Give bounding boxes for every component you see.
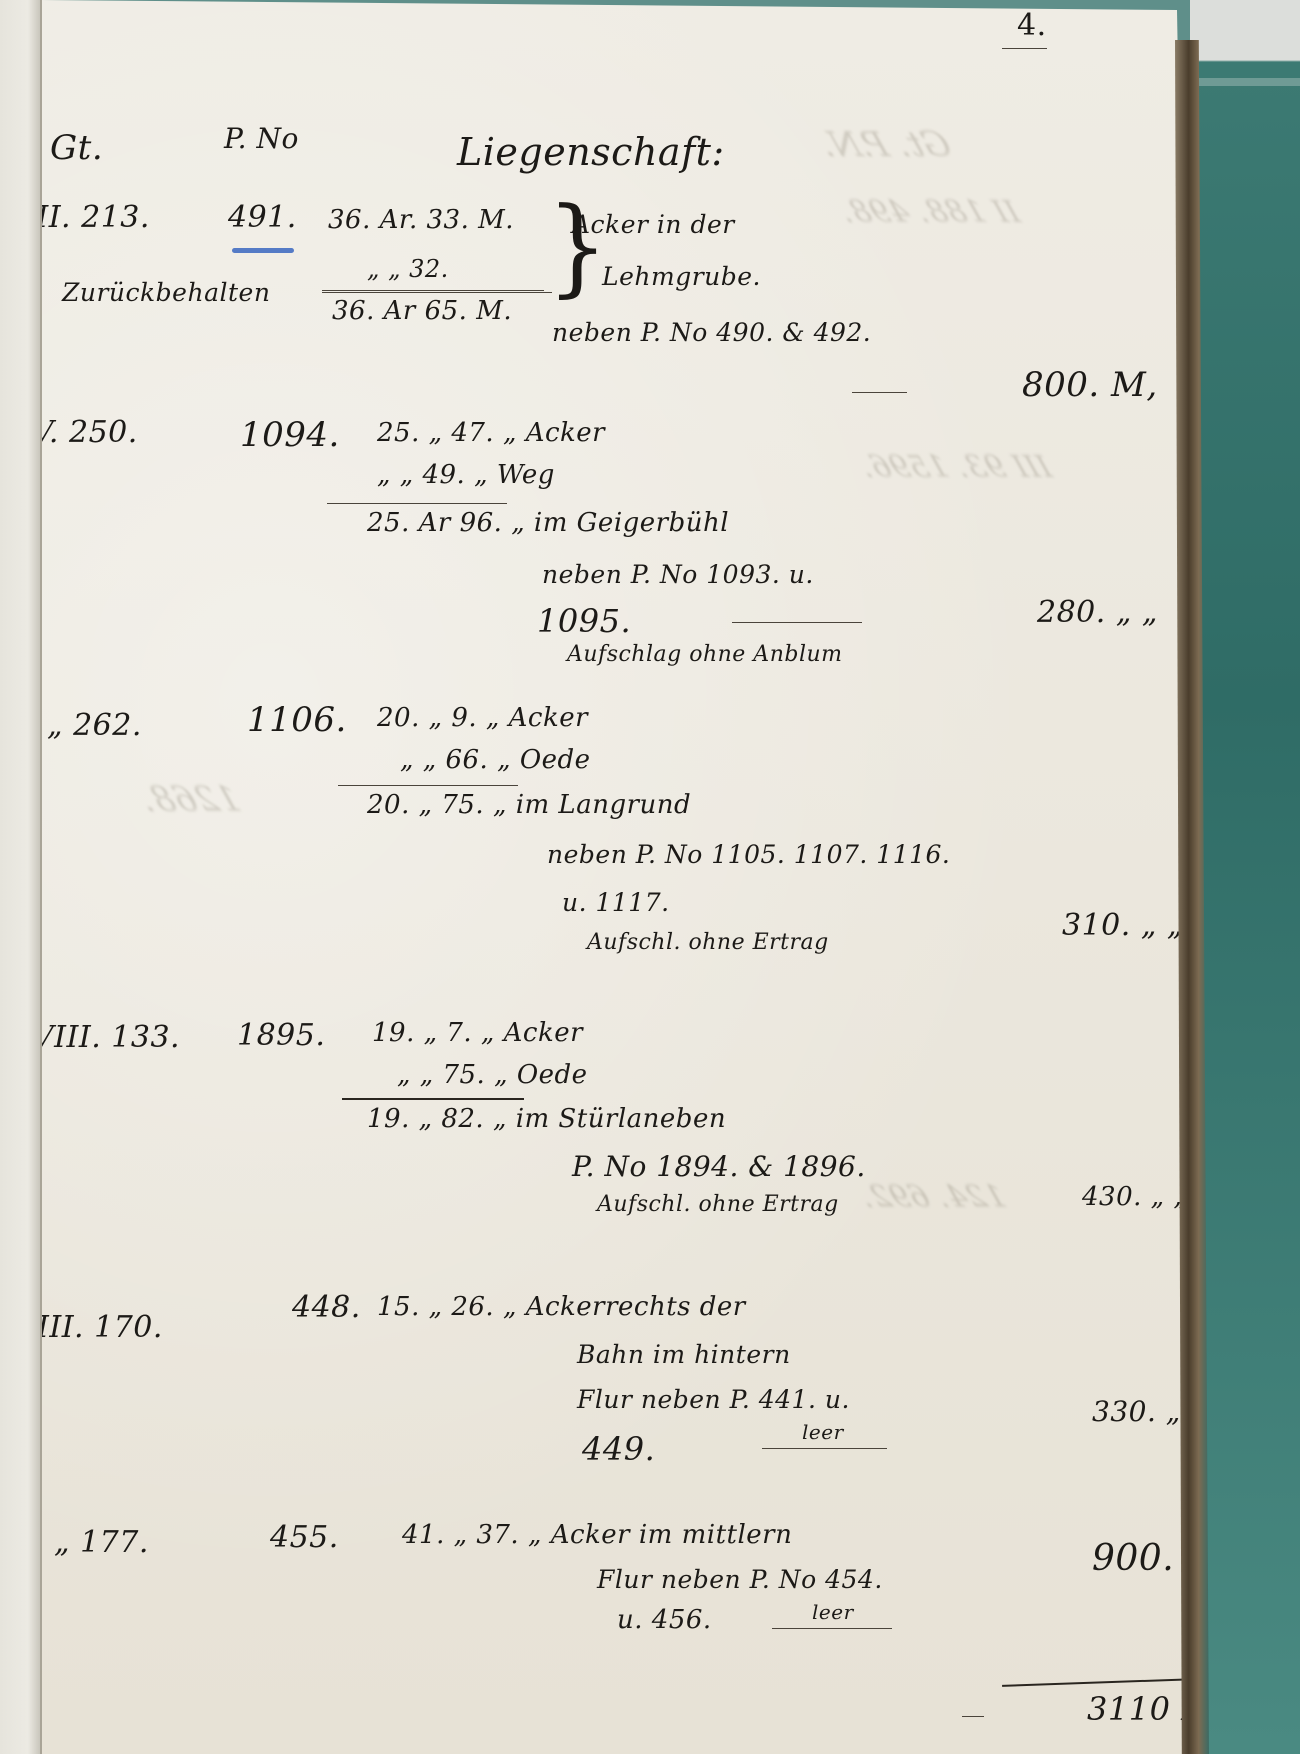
- entry-pno: 1094.: [240, 415, 340, 455]
- bleed-through: 1268.: [135, 780, 247, 820]
- entry-value: 310. „ „: [1062, 908, 1183, 943]
- bleed-through: Gt. P.N.: [815, 125, 957, 165]
- entry-pno: 1895.: [237, 1018, 325, 1053]
- blue-pencil-underline: [232, 248, 294, 253]
- entry-gt: III. 170.: [37, 1310, 163, 1345]
- entry-remark: leer: [802, 1420, 844, 1444]
- entry-gt: III. 213.: [24, 200, 150, 235]
- entry-remark: Aufschl. ohne Ertrag: [597, 1192, 839, 1217]
- sum-rule: [338, 785, 518, 786]
- bleed-through: II 188. 498.: [836, 195, 1025, 230]
- fill-dash: [852, 392, 907, 393]
- entry-value: 430. „ „: [1082, 1182, 1187, 1212]
- entry-neighbors: neben P. No 1105. 1107. 1116.: [547, 840, 950, 869]
- fill-dash: [762, 1448, 887, 1449]
- entry-remark: leer: [812, 1600, 854, 1624]
- sum-rule: [342, 1098, 524, 1100]
- entry-value: 800. M,: [1022, 365, 1158, 405]
- entry-neighbors: neben P. No 490. & 492.: [552, 318, 871, 347]
- curly-brace: }: [547, 184, 608, 307]
- entry-area-total: 20. „ 75. „ im Langrund: [367, 790, 691, 820]
- ledger-page: Gt. P.N. II 188. 498. III 93. 1596. 1268…: [42, 0, 1182, 1754]
- entry-area-line: 19. „ 7. „ Acker: [372, 1018, 583, 1048]
- entry-value: 280. „ „: [1037, 595, 1158, 630]
- note-line: [322, 292, 552, 293]
- column-header-liegenschaft: Liegenschaft:: [457, 130, 725, 174]
- column-header-pno: P. No: [224, 122, 299, 155]
- page-number: 4.: [1017, 8, 1047, 43]
- entry-gt: VIII. 133.: [32, 1020, 180, 1055]
- entry-description: Flur neben P. 441. u.: [577, 1385, 850, 1414]
- entry-area-total: 25. Ar 96. „ im Geigerbühl: [367, 508, 729, 538]
- entry-gt: „ 177.: [54, 1525, 149, 1560]
- entry-neighbors: u. 1117.: [562, 888, 670, 917]
- entry-area-line: 20. „ 9. „ Acker: [377, 703, 588, 733]
- entry-description: Bahn im hintern: [577, 1340, 791, 1369]
- entry-pno: 448.: [292, 1290, 361, 1325]
- adjacent-page-edge: [0, 0, 42, 1754]
- entry-description: Lehmgrube.: [602, 262, 761, 291]
- entry-remark: Aufschl. ohne Ertrag: [587, 930, 829, 955]
- entry-area-line: 15. „ 26. „ Ackerrechts der: [377, 1292, 746, 1322]
- entry-neighbors: P. No 1894. & 1896.: [572, 1150, 866, 1183]
- bleed-through: 124. 692.: [856, 1180, 1012, 1215]
- fill-dash: [772, 1628, 892, 1629]
- entry-area-line: 25. „ 47. „ Acker: [377, 418, 605, 448]
- fill-dash: [732, 622, 862, 623]
- page-number-underline: [1002, 48, 1047, 49]
- entry-gt: „ 262.: [47, 708, 142, 743]
- entry-description: Acker in der: [572, 210, 735, 239]
- entry-remark: Aufschlag ohne Anblum: [567, 642, 843, 667]
- entry-area-line: 36. Ar. 33. M.: [328, 205, 514, 235]
- entry-area-total: 36. Ar 65. M.: [332, 296, 512, 326]
- entry-area-line: „ „ 49. „ Weg: [377, 460, 555, 490]
- entry-description: Flur neben P. No 454.: [597, 1565, 883, 1594]
- entry-neighbors: 449.: [582, 1430, 655, 1468]
- entry-note: Zurückbehalten: [62, 278, 270, 307]
- entry-area-line: „ „ 75. „ Oede: [397, 1060, 588, 1090]
- entry-area-line: 41. „ 37. „ Acker im mittlern: [402, 1520, 792, 1550]
- entry-pno: 491.: [228, 200, 297, 235]
- entry-pno: 455.: [270, 1520, 339, 1555]
- fill-dash: [962, 1716, 984, 1717]
- cover-strip: [1195, 78, 1300, 86]
- entry-neighbors: 1095.: [537, 602, 631, 640]
- entry-area-total: 19. „ 82. „ im Stürlaneben: [367, 1104, 726, 1134]
- entry-neighbors: neben P. No 1093. u.: [542, 560, 814, 589]
- entry-area-line: „ „ 32.: [367, 255, 449, 283]
- column-header-gt: Gt.: [50, 128, 103, 168]
- sum-rule: [327, 503, 507, 504]
- entry-gt: V. 250.: [32, 415, 138, 450]
- entry-neighbors: u. 456.: [617, 1605, 712, 1635]
- sum-rule: [322, 290, 544, 291]
- entry-area-line: „ „ 66. „ Oede: [400, 745, 591, 775]
- bleed-through: III 93. 1596.: [856, 450, 1057, 485]
- entry-pno: 1106.: [247, 700, 347, 740]
